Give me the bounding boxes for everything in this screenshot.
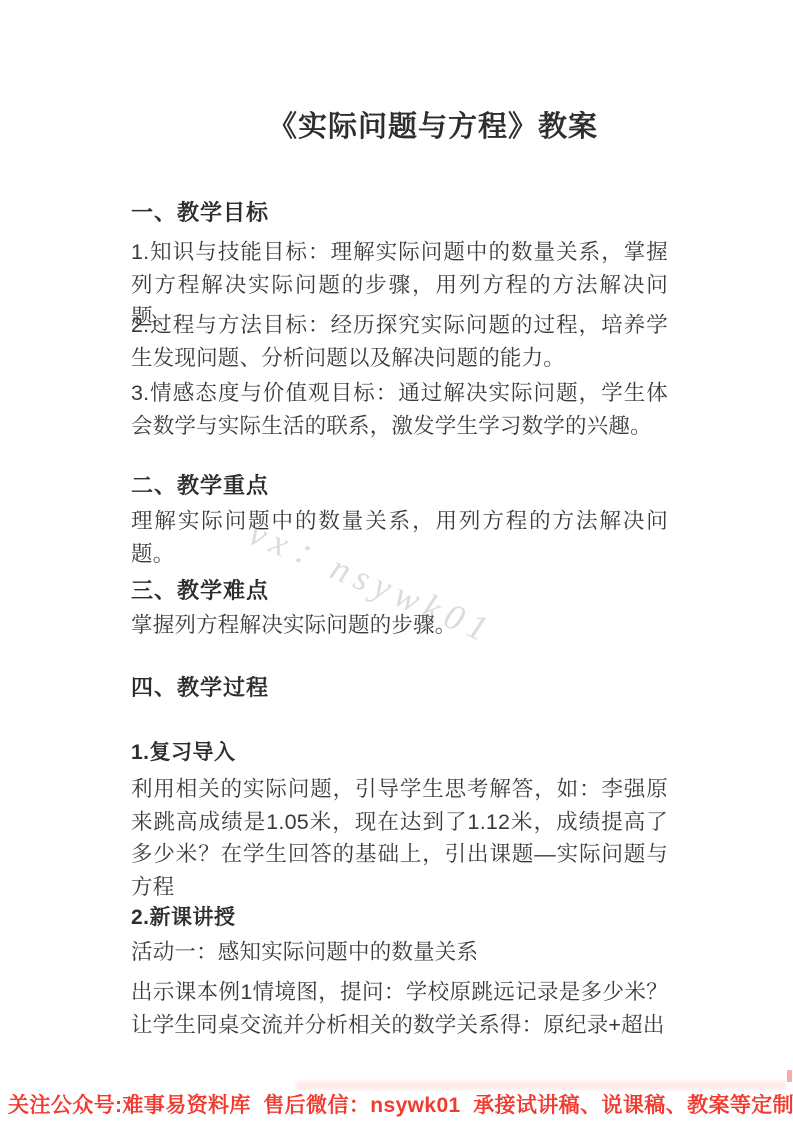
paragraph-example-one: 出示课本例1情境图，提问：学校原跳远记录是多少米？让学生同桌交流并分析相关的数学… — [131, 976, 668, 1041]
footer-edge-mark — [787, 1070, 792, 1082]
paragraph-teaching-focus: 理解实际问题中的数量关系，用列方程的方法解决问题。 — [131, 505, 668, 570]
paragraph-objective-emotion: 3.情感态度与价值观目标：通过解决实际问题，学生体会数学与实际生活的联系，激发学… — [131, 377, 668, 442]
section-heading-teaching-process: 四、教学过程 — [131, 671, 269, 702]
paragraph-activity-one: 活动一：感知实际问题中的数量关系 — [131, 936, 668, 969]
document-title: 《实际问题与方程》教案 — [268, 104, 598, 145]
footer-promo-text: 关注公众号:难事易资料库 售后微信：nsywk01 承接试讲稿、说课稿、教案等定… — [8, 1089, 793, 1119]
paragraph-review-intro: 利用相关的实际问题，引导学生思考解答，如：李强原来跳高成绩是1.05米，现在达到… — [131, 773, 668, 903]
lesson-plan-page: 《实际问题与方程》教案 一、教学目标 1.知识与技能目标：理解实际问题中的数量关… — [0, 0, 793, 1122]
subsection-heading-new-lesson: 2.新课讲授 — [131, 901, 236, 931]
subsection-heading-review-intro: 1.复习导入 — [131, 736, 236, 766]
paragraph-objective-process: 2.过程与方法目标：经历探究实际问题的过程，培养学生发现问题、分析问题以及解决问… — [131, 309, 668, 374]
paragraph-teaching-difficulty: 掌握列方程解决实际问题的步骤。 — [131, 609, 668, 642]
section-heading-teaching-focus: 二、教学重点 — [131, 469, 269, 500]
section-heading-teaching-objectives: 一、教学目标 — [131, 196, 269, 227]
section-heading-teaching-difficulty: 三、教学难点 — [131, 574, 269, 605]
